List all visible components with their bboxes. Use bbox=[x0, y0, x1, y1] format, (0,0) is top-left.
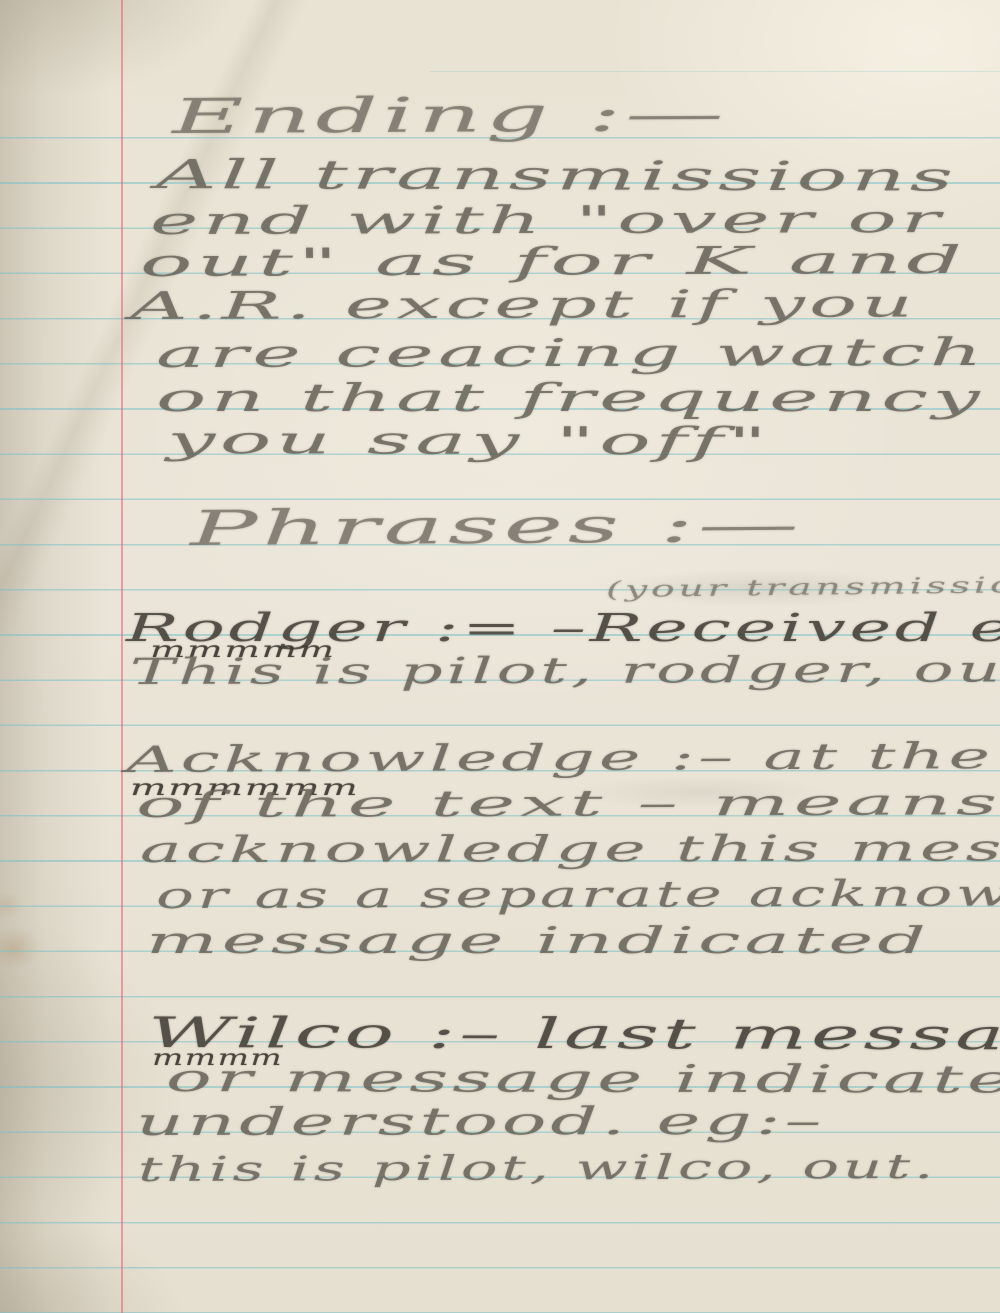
hw-line-this-is-pilot-wilco-out: this is pilot, wilco, out. bbox=[138, 1150, 937, 1187]
hw-line-on-that-frequency: on that frequency bbox=[156, 379, 984, 417]
margin-line bbox=[121, 0, 123, 1313]
hw-line-this-is-pilot-rodger-out: This is pilot, rodger, out. bbox=[130, 652, 1000, 691]
hw-line-end-with-over-or: end with "over or bbox=[150, 200, 945, 240]
heading-ending: Ending :— bbox=[171, 90, 728, 141]
hw-line-understood-eg: understood. eg:– bbox=[136, 1102, 826, 1141]
notebook-page: Ending :— All transmissions end with "ov… bbox=[0, 0, 1000, 1313]
hw-line-are-ceacing-watch: are ceacing watch bbox=[156, 333, 987, 373]
interline-note-your-transmission: (your transmission) bbox=[606, 575, 1000, 602]
hw-line-acknowledge-at-the-end: Acknowledge :– at the end bbox=[126, 738, 1000, 779]
faint-top-rule bbox=[430, 71, 1000, 72]
hw-line-of-the-text-means: of the text – means bbox=[136, 785, 1000, 824]
hw-line-all-transmissions: All transmissions bbox=[156, 155, 958, 198]
hw-line-ar-except-if-you: A.R. except if you bbox=[130, 284, 918, 325]
hw-line-you-say-off: you say "off" bbox=[167, 421, 772, 460]
hw-line-message-indicated: message indicated bbox=[146, 924, 930, 960]
hw-line-acknowledge-this-message: acknowledge this message bbox=[140, 831, 1000, 869]
hw-line-or-as-a-separate-acknowledge: or as a separate acknowledge bbox=[156, 876, 1000, 915]
hw-line-out-as-for-k-and: out" as for K and bbox=[140, 241, 968, 282]
hw-line-or-message-indicated: or message indicated bbox=[166, 1059, 1000, 1099]
heading-phrases: Phrases :— bbox=[189, 501, 803, 553]
